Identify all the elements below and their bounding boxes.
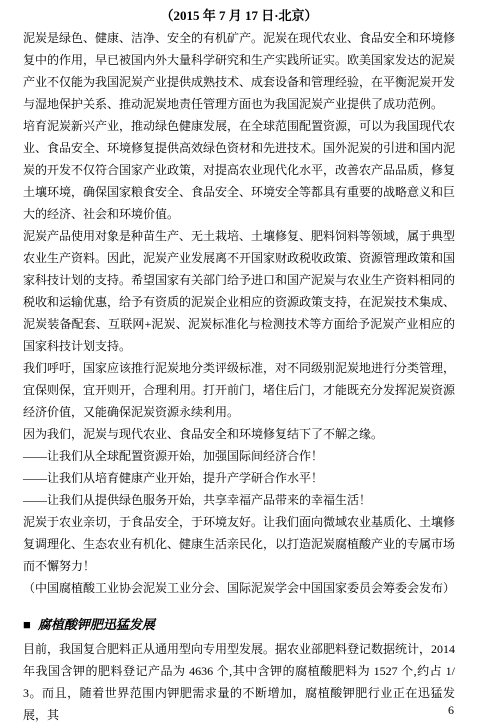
paragraph-product-usage: 泥炭产品使用对象是种苗生产、无土栽培、土壤修复、肥料饲料等领域，属于典型农业生产… xyxy=(23,225,455,357)
square-bullet-icon: ■ xyxy=(23,614,31,636)
paragraph-appeal: 我们呼吁，国家应该推行泥炭地分类评级标准，对不同级别泥炭地进行分类管理，宜保则保… xyxy=(23,357,455,423)
paragraph-bond: 因为我们，泥炭与现代农业、食品安全和环境修复结下了不解之缘。 xyxy=(23,423,455,445)
section-body-paragraph: 目前，我国复合肥料正从通用型向专用型发展。据农业部肥料登记数据统计，2014 年… xyxy=(23,638,455,724)
date-location-title: （2015 年 7 月 17 日·北京） xyxy=(23,5,455,27)
slogan-healthy-industry: ——让我们从培育健康产业开始，提升产学研合作水平！ xyxy=(23,467,455,489)
page-number: 6 xyxy=(448,703,454,717)
paragraph-publisher: （中国腐植酸工业协会泥炭工业分会、国际泥炭学会中国国家委员会筹委会发布） xyxy=(23,577,455,599)
slogan-global-resources: ——让我们从全球配置资源开始，加强国际间经济合作！ xyxy=(23,445,455,467)
paragraph-peat-intro: 泥炭是绿色、健康、洁净、安全的有机矿产。泥炭在现代农业、食品安全和环境修复中的作… xyxy=(23,27,455,115)
paragraph-industry-development: 培育泥炭新兴产业，推动绿色健康发展，在全球范围配置资源，可以为我国现代农业、食品… xyxy=(23,115,455,225)
document-page: （2015 年 7 月 17 日·北京） 泥炭是绿色、健康、洁净、安全的有机矿产… xyxy=(0,0,478,724)
paragraph-closing: 泥炭于农业亲切，于食品安全，于环境友好。让我们面向微域农业基质化、土壤修复调理化… xyxy=(23,511,455,577)
section-heading-potassium-humate: ■ 腐植酸钾肥迅猛发展 xyxy=(23,614,455,636)
slogan-green-service: ——让我们从提供绿色服务开始，共享幸福产品带来的幸福生活！ xyxy=(23,489,455,511)
section-heading-text: 腐植酸钾肥迅猛发展 xyxy=(38,614,155,636)
